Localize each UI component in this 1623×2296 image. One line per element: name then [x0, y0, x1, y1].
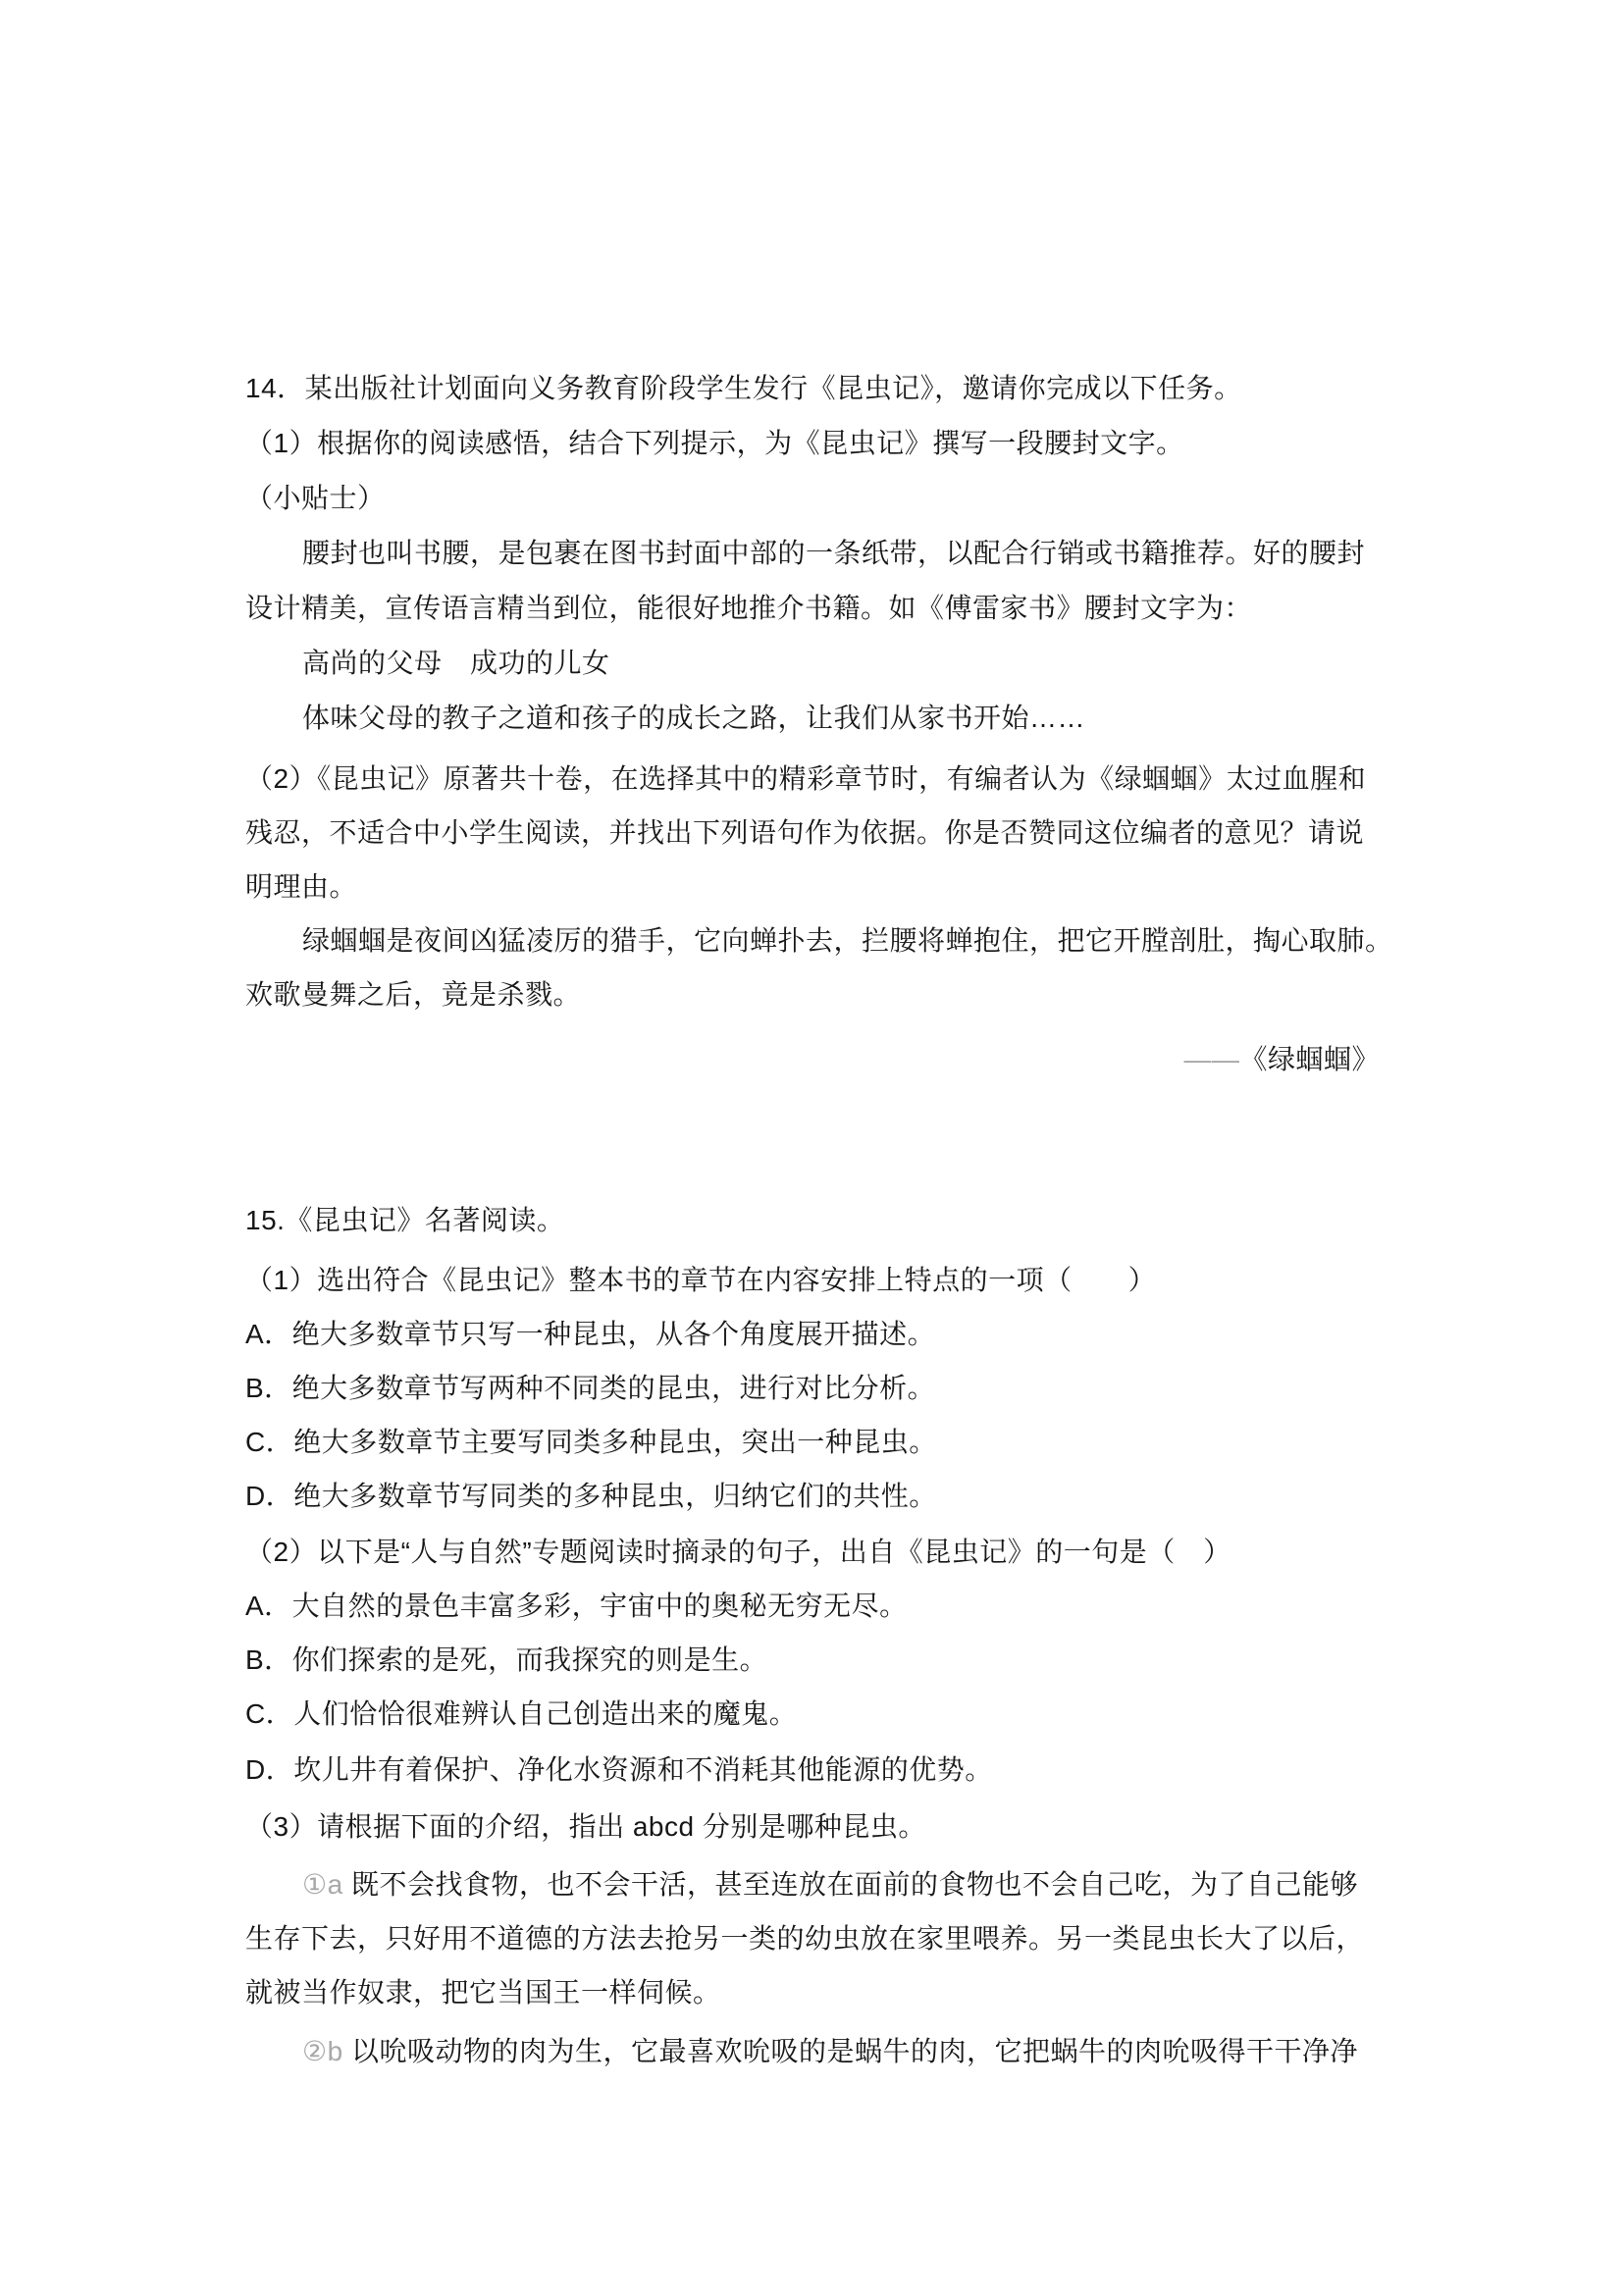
- q15-part3-item1-line3: 就被当作奴隶，把它当国王一样伺候。: [245, 1975, 721, 2010]
- q15-part3-item1-line1: ①a 既不会找食物，也不会干活，甚至连放在面前的食物也不会自己吃，为了自己能够: [302, 1867, 1358, 1903]
- q14-part2-line1: （2）《昆虫记》原著共十卷，在选择其中的精彩章节时，有编者认为《绿蝈蝈》太过血腥…: [245, 761, 1366, 797]
- q14-quote-line1: 绿蝈蝈是夜间凶猛凌厉的猎手，它向蝉扑去，拦腰将蝉抱住，把它开膛剖肚，掏心取肺。: [302, 923, 1393, 959]
- q15-part3-question: （3）请根据下面的介绍，指出 abcd 分别是哪种昆虫。: [245, 1809, 926, 1845]
- q14-part1: （1）根据你的阅读感悟，结合下列提示，为《昆虫记》撰写一段腰封文字。: [245, 426, 1184, 461]
- q15-part2-option-b: B．你们探索的是死，而我探究的则是生。: [245, 1643, 767, 1678]
- q15-part2-option-a: A．大自然的景色丰富多彩，宇宙中的奥秘无穷无尽。: [245, 1589, 908, 1624]
- item1-marker: ①a: [302, 1869, 343, 1900]
- q15-part1-option-a: A．绝大多数章节只写一种昆虫，从各个角度展开描述。: [245, 1317, 935, 1352]
- q15-part1-option-b: B．绝大多数章节写两种不同类的昆虫，进行对比分析。: [245, 1371, 935, 1406]
- attribution-dash: ——: [1183, 1044, 1239, 1074]
- q15-part1-question: （1）选出符合《昆虫记》整本书的章节在内容安排上特点的一项（ ）: [245, 1263, 1156, 1298]
- q14-quote-attribution: ——《绿蝈蝈》: [245, 1042, 1380, 1077]
- q14-part2-line3: 明理由。: [245, 869, 357, 905]
- q15-part3-item2-line1: ②b 以吮吸动物的肉为生，它最喜欢吮吸的是蜗牛的肉，它把蜗牛的肉吮吸得干干净净: [302, 2034, 1358, 2069]
- q15-part1-option-d: D．绝大多数章节写同类的多种昆虫，归纳它们的共性。: [245, 1479, 937, 1514]
- q14-tip-line2: 设计精美，宣传语言精当到位，能很好地推介书籍。如《傅雷家书》腰封文字为：: [245, 591, 1252, 626]
- q14-tip-line1: 腰封也叫书腰，是包裹在图书封面中部的一条纸带，以配合行销或书籍推荐。好的腰封: [302, 536, 1365, 571]
- item2-text: 以吮吸动物的肉为生，它最喜欢吮吸的是蜗牛的肉，它把蜗牛的肉吮吸得干干净净: [343, 2036, 1358, 2066]
- q14-waistband-slogan: 高尚的父母 成功的儿女: [302, 646, 610, 681]
- q14-waistband-subline: 体味父母的教子之道和孩子的成长之路，让我们从家书开始……: [302, 701, 1085, 736]
- q15-part2-question: （2）以下是“人与自然”专题阅读时摘录的句子，出自《昆虫记》的一句是（ ）: [245, 1535, 1231, 1570]
- q14-tip-title: （小贴士）: [245, 481, 386, 516]
- item1-text: 既不会找食物，也不会干活，甚至连放在面前的食物也不会自己吃，为了自己能够: [343, 1869, 1358, 1900]
- q14-stem: 14．某出版社计划面向义务教育阶段学生发行《昆虫记》，邀请你完成以下任务。: [245, 371, 1242, 406]
- q15-stem: 15.《昆虫记》名著阅读。: [245, 1203, 564, 1238]
- document-page: 14．某出版社计划面向义务教育阶段学生发行《昆虫记》，邀请你完成以下任务。 （1…: [0, 0, 1623, 2296]
- q14-quote-line2: 欢歌曼舞之后，竟是杀戮。: [245, 977, 581, 1013]
- q15-part2-option-d: D．坎儿井有着保护、净化水资源和不消耗其他能源的优势。: [245, 1752, 993, 1788]
- q15-part1-option-c: C．绝大多数章节主要写同类多种昆虫，突出一种昆虫。: [245, 1425, 937, 1460]
- item2-marker: ②b: [302, 2036, 343, 2066]
- q15-part3-item1-line2: 生存下去，只好用不道德的方法去抢另一类的幼虫放在家里喂养。另一类昆虫长大了以后，: [245, 1921, 1364, 1957]
- q14-part2-line2: 残忍，不适合中小学生阅读，并找出下列语句作为依据。你是否赞同这位编者的意见？请说: [245, 815, 1364, 851]
- attribution-source: 《绿蝈蝈》: [1239, 1044, 1380, 1074]
- q15-part2-option-c: C．人们恰恰很难辨认自己创造出来的魔鬼。: [245, 1696, 797, 1732]
